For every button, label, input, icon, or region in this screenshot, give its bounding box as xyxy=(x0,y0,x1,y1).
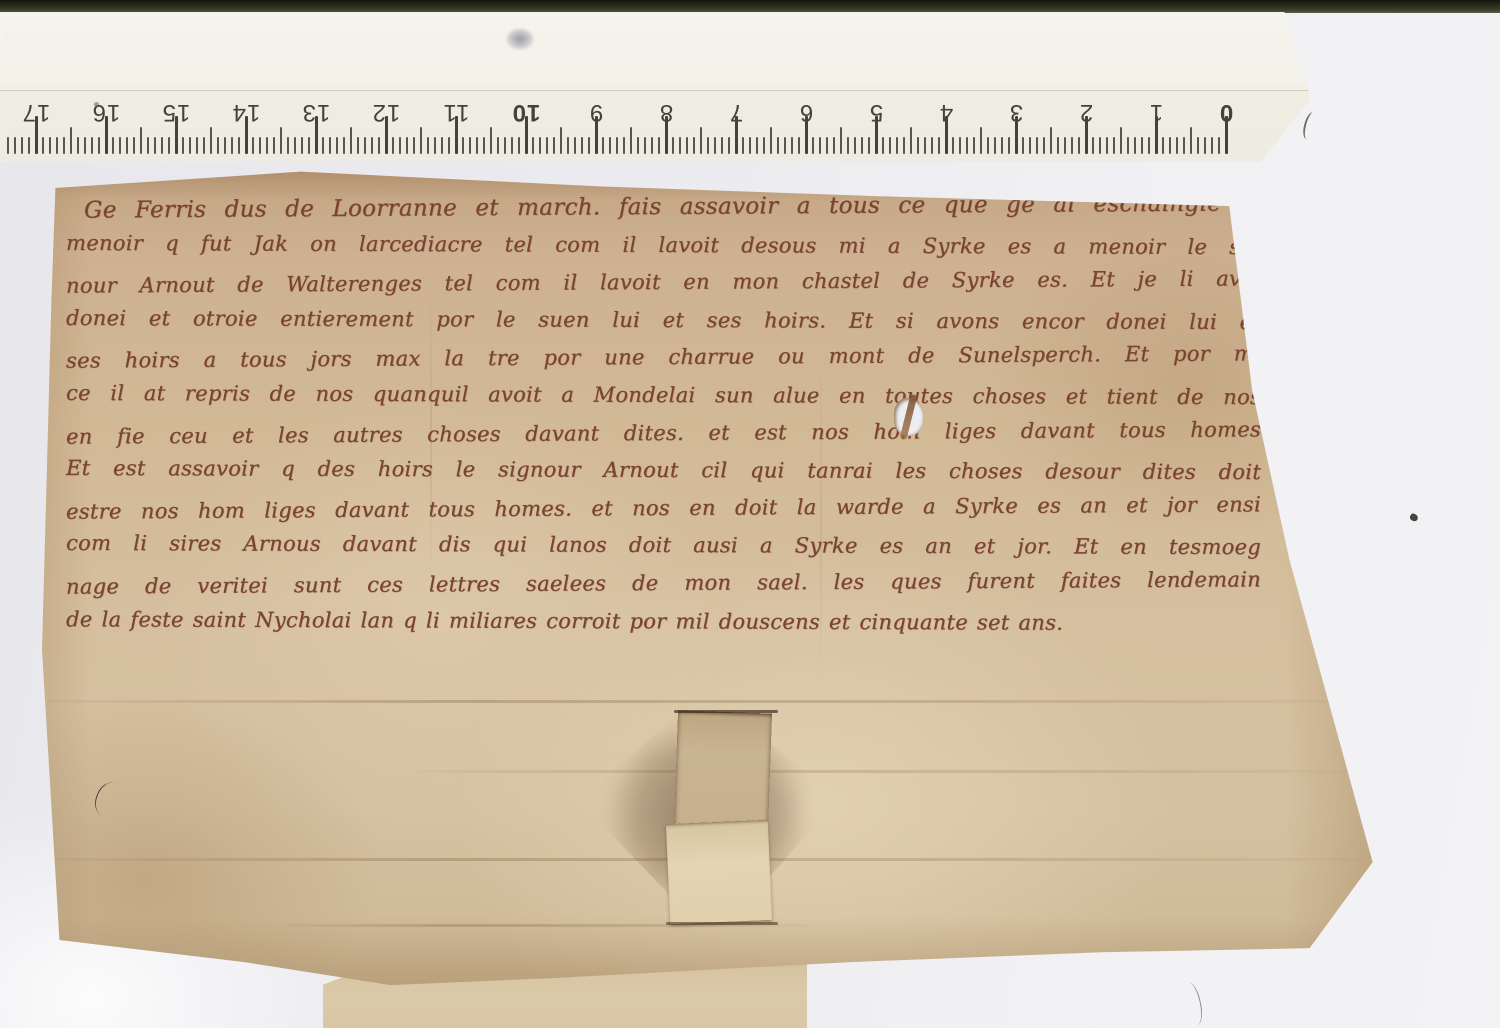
ruler-tick xyxy=(686,137,688,154)
ruler-tick xyxy=(994,137,996,154)
manuscript-line: Et est assavoir q des hoirs le signour A… xyxy=(66,453,1261,495)
manuscript-text-block: Ge Ferris dus de Loorranne et march. fai… xyxy=(66,192,1261,643)
ruler-tick xyxy=(1085,116,1088,154)
ruler-tick xyxy=(812,137,814,154)
ruler-tick xyxy=(357,137,359,154)
ruler-tick xyxy=(1099,137,1101,154)
ruler-tick xyxy=(1071,137,1073,154)
ruler-tick xyxy=(553,137,555,154)
ruler-tick xyxy=(637,137,639,154)
ruler-tick xyxy=(168,137,170,154)
ruler-tick xyxy=(35,116,38,154)
ruler-tick xyxy=(161,137,163,154)
ruler-tick xyxy=(322,137,324,154)
ruler-tick xyxy=(595,116,598,154)
ruler-tick xyxy=(567,137,569,154)
ruler-tick xyxy=(1092,137,1094,154)
ruler-tick xyxy=(119,137,121,154)
ruler-tick xyxy=(1218,137,1220,154)
ruler-tick xyxy=(252,137,254,154)
ruler-tick xyxy=(602,137,604,154)
manuscript-line: ce il at repris de nos quanquil avoit a … xyxy=(66,378,1261,420)
ruler-tick xyxy=(14,137,16,154)
ruler-tick xyxy=(469,137,471,154)
ruler-tick xyxy=(861,137,863,154)
ruler-tick xyxy=(455,116,458,154)
ruler-tick xyxy=(1211,137,1213,154)
ruler-tick xyxy=(665,116,668,154)
ruler-tick xyxy=(441,137,443,154)
ruler-tick xyxy=(588,137,590,154)
ruler-tick xyxy=(532,137,534,154)
ruler-tick xyxy=(1204,137,1206,154)
ruler-tick xyxy=(434,137,436,154)
ruler-tick xyxy=(728,137,730,154)
manuscript-line: com li sires Arnous davant dis qui lanos… xyxy=(66,528,1261,570)
ruler-tick xyxy=(721,137,723,154)
ruler-tick xyxy=(742,137,744,154)
ruler-tick xyxy=(91,137,93,154)
ruler-tick xyxy=(1155,116,1158,154)
hair-artifact xyxy=(1180,981,1206,1028)
ruler-tick xyxy=(413,137,415,154)
ruler-tick xyxy=(63,137,65,154)
ruler-tick xyxy=(903,137,905,154)
ruler-tick xyxy=(651,137,653,154)
ruler-tick xyxy=(343,137,345,154)
ruler-tick xyxy=(7,137,9,154)
ruler-tick xyxy=(1169,137,1171,154)
ruler-tick xyxy=(504,137,506,154)
ruler-tick xyxy=(49,137,51,154)
ruler-tick xyxy=(574,137,576,154)
ruler-tick xyxy=(448,137,450,154)
ruler-tick xyxy=(350,127,352,154)
ruler-tick xyxy=(1176,137,1178,154)
ruler-tick xyxy=(1050,127,1052,154)
ruler-tick xyxy=(707,137,709,154)
ruler-tick xyxy=(42,137,44,154)
ruler-tick xyxy=(1029,137,1031,154)
ruler-tick xyxy=(175,116,178,154)
ruler-tick xyxy=(84,137,86,154)
manuscript-line: donei et otroie entierement por le suen … xyxy=(66,303,1261,345)
ruler: 01234567891011121314151617 xyxy=(0,12,1316,162)
ruler-seam xyxy=(0,90,1316,91)
manuscript-line: ses hoirs a tous jors max la tre por une… xyxy=(66,339,1261,384)
ruler-tick xyxy=(826,137,828,154)
ruler-tick xyxy=(777,137,779,154)
ruler-tick xyxy=(770,127,772,154)
ruler-tick xyxy=(280,127,282,154)
manuscript-line: en fie ceu et les autres choses davant d… xyxy=(66,414,1261,459)
ruler-tick xyxy=(616,137,618,154)
ink-streak xyxy=(900,394,918,440)
smudge-mark xyxy=(501,24,539,54)
ruler-tick xyxy=(28,137,30,154)
ruler-tick xyxy=(189,137,191,154)
ruler-tick xyxy=(1064,137,1066,154)
ruler-tick xyxy=(385,116,388,154)
ruler-tick xyxy=(399,137,401,154)
ruler-tick xyxy=(378,137,380,154)
ruler-tick xyxy=(581,137,583,154)
manuscript-line: de la feste saint Nycholai lan q li mili… xyxy=(66,604,1071,645)
ruler-tick xyxy=(833,137,835,154)
ruler-tick xyxy=(679,137,681,154)
ruler-tick xyxy=(217,137,219,154)
ruler-tick xyxy=(364,137,366,154)
ruler-tick xyxy=(938,137,940,154)
ruler-tick xyxy=(525,116,528,154)
scratch-mark xyxy=(1301,111,1319,141)
seal-tag-lower xyxy=(666,820,772,924)
ruler-tick xyxy=(630,127,632,154)
ruler-tick xyxy=(497,137,499,154)
debris-speck xyxy=(1409,512,1419,522)
ruler-tick xyxy=(203,137,205,154)
ruler-tick xyxy=(644,137,646,154)
ruler-tick xyxy=(287,137,289,154)
ruler-tick xyxy=(672,137,674,154)
ruler-tick xyxy=(1036,137,1038,154)
ruler-tick xyxy=(980,127,982,154)
ruler-tick xyxy=(791,137,793,154)
ruler-tick xyxy=(476,137,478,154)
ruler-tick xyxy=(259,137,261,154)
ruler-tick xyxy=(266,137,268,154)
ruler-tick xyxy=(490,127,492,154)
ruler-tick xyxy=(196,137,198,154)
ruler-tick xyxy=(805,116,808,154)
ruler-tick xyxy=(308,137,310,154)
ruler-tick xyxy=(875,116,878,154)
photo-of-charter: 01234567891011121314151617 Ge Ferris dus… xyxy=(0,0,1500,1028)
ruler-tick xyxy=(896,137,898,154)
ruler-tick xyxy=(1183,137,1185,154)
ruler-tick xyxy=(966,137,968,154)
ruler-tick xyxy=(210,127,212,154)
ruler-tick xyxy=(1043,137,1045,154)
ruler-tick xyxy=(294,137,296,154)
ruler-tick xyxy=(609,137,611,154)
parchment-charter: Ge Ferris dus de Loorranne et march. fai… xyxy=(38,170,1378,990)
ruler-tick xyxy=(224,137,226,154)
ruler-tick xyxy=(819,137,821,154)
ruler-tick xyxy=(245,116,248,154)
ruler-tick xyxy=(77,137,79,154)
ruler-tick xyxy=(462,137,464,154)
ruler-tick xyxy=(959,137,961,154)
ruler-tick xyxy=(700,127,702,154)
ruler-tick xyxy=(924,137,926,154)
ruler-tick xyxy=(336,137,338,154)
film-edge xyxy=(0,0,1500,13)
ruler-tick xyxy=(315,116,318,154)
ruler-tick xyxy=(847,137,849,154)
ruler-tick xyxy=(539,137,541,154)
ruler-tick xyxy=(910,127,912,154)
manuscript-line: nage de veritei sunt ces lettres saelees… xyxy=(66,564,1261,609)
ruler-tick xyxy=(1120,127,1122,154)
ruler-tick xyxy=(623,137,625,154)
ruler-tick xyxy=(987,137,989,154)
ruler-tick xyxy=(112,137,114,154)
seal-slit xyxy=(666,922,778,925)
ruler-tick xyxy=(133,137,135,154)
ruler-tick xyxy=(973,137,975,154)
ruler-tick xyxy=(1225,116,1228,154)
seal-tag-upper xyxy=(674,710,772,831)
ruler-tick xyxy=(756,137,758,154)
ruler-tick xyxy=(1162,137,1164,154)
ruler-tick xyxy=(784,137,786,154)
ruler-tick xyxy=(483,137,485,154)
manuscript-line: nour Arnout de Walterenges tel com il la… xyxy=(66,264,1261,309)
ruler-tick xyxy=(420,127,422,154)
ruler-tick xyxy=(882,137,884,154)
ruler-tick xyxy=(1022,137,1024,154)
manuscript-line: estre nos hom liges davant tous homes. e… xyxy=(66,489,1261,534)
ruler-tick xyxy=(1057,137,1059,154)
ruler-tick xyxy=(182,137,184,154)
ruler-tick xyxy=(889,137,891,154)
ruler-tick xyxy=(868,137,870,154)
ruler-tick xyxy=(140,127,142,154)
ruler-tick xyxy=(840,127,842,154)
ruler-tick xyxy=(427,137,429,154)
ruler-tick xyxy=(105,116,108,154)
ruler-tick xyxy=(329,137,331,154)
ruler-tick xyxy=(1197,137,1199,154)
ruler-tick xyxy=(70,127,72,154)
ruler-tick xyxy=(931,137,933,154)
ruler-tick xyxy=(406,137,408,154)
ruler-tick xyxy=(392,137,394,154)
ruler-tick xyxy=(1134,137,1136,154)
ruler-tick xyxy=(945,116,948,154)
ruler-tick xyxy=(763,137,765,154)
hair-artifact xyxy=(90,779,124,819)
ruler-tick xyxy=(98,137,100,154)
ruler-tick xyxy=(560,127,562,154)
ruler-tick xyxy=(154,137,156,154)
ruler-tick xyxy=(658,137,660,154)
ruler-tick xyxy=(749,137,751,154)
ruler-tick xyxy=(273,137,275,154)
ruler-tick xyxy=(1078,137,1080,154)
ruler-tick xyxy=(1148,137,1150,154)
ruler-tick xyxy=(1015,116,1018,154)
ruler-tick xyxy=(56,137,58,154)
ruler-tick xyxy=(301,137,303,154)
crease-line xyxy=(418,770,1358,773)
ruler-tick xyxy=(1106,137,1108,154)
ruler-tick xyxy=(693,137,695,154)
ruler-tick xyxy=(238,137,240,154)
ruler-tick xyxy=(518,137,520,154)
ruler-tick xyxy=(371,137,373,154)
ruler-tick xyxy=(952,137,954,154)
ruler-tick xyxy=(1141,137,1143,154)
ruler-tick xyxy=(1001,137,1003,154)
ruler-tick xyxy=(231,137,233,154)
ruler-tick xyxy=(21,137,23,154)
ruler-tick xyxy=(147,137,149,154)
ruler-tick xyxy=(735,116,738,154)
ruler-tick xyxy=(126,137,128,154)
ruler-tick xyxy=(1190,127,1192,154)
dust-speck xyxy=(94,102,99,107)
ruler-tick xyxy=(511,137,513,154)
ruler-tick xyxy=(546,137,548,154)
ruler-tick xyxy=(1127,137,1129,154)
manuscript-line: Ge Ferris dus de Loorranne et march. fai… xyxy=(66,188,1261,233)
ruler-tick xyxy=(917,137,919,154)
ruler-tick xyxy=(714,137,716,154)
manuscript-line: menoir q fut Jak on larcediacre tel com … xyxy=(66,228,1261,270)
ruler-tick xyxy=(1113,137,1115,154)
parchment-hole xyxy=(894,398,924,436)
ruler-tick xyxy=(854,137,856,154)
ruler-tick xyxy=(798,137,800,154)
seal-slit xyxy=(674,710,778,713)
ruler-tick xyxy=(1008,137,1010,154)
